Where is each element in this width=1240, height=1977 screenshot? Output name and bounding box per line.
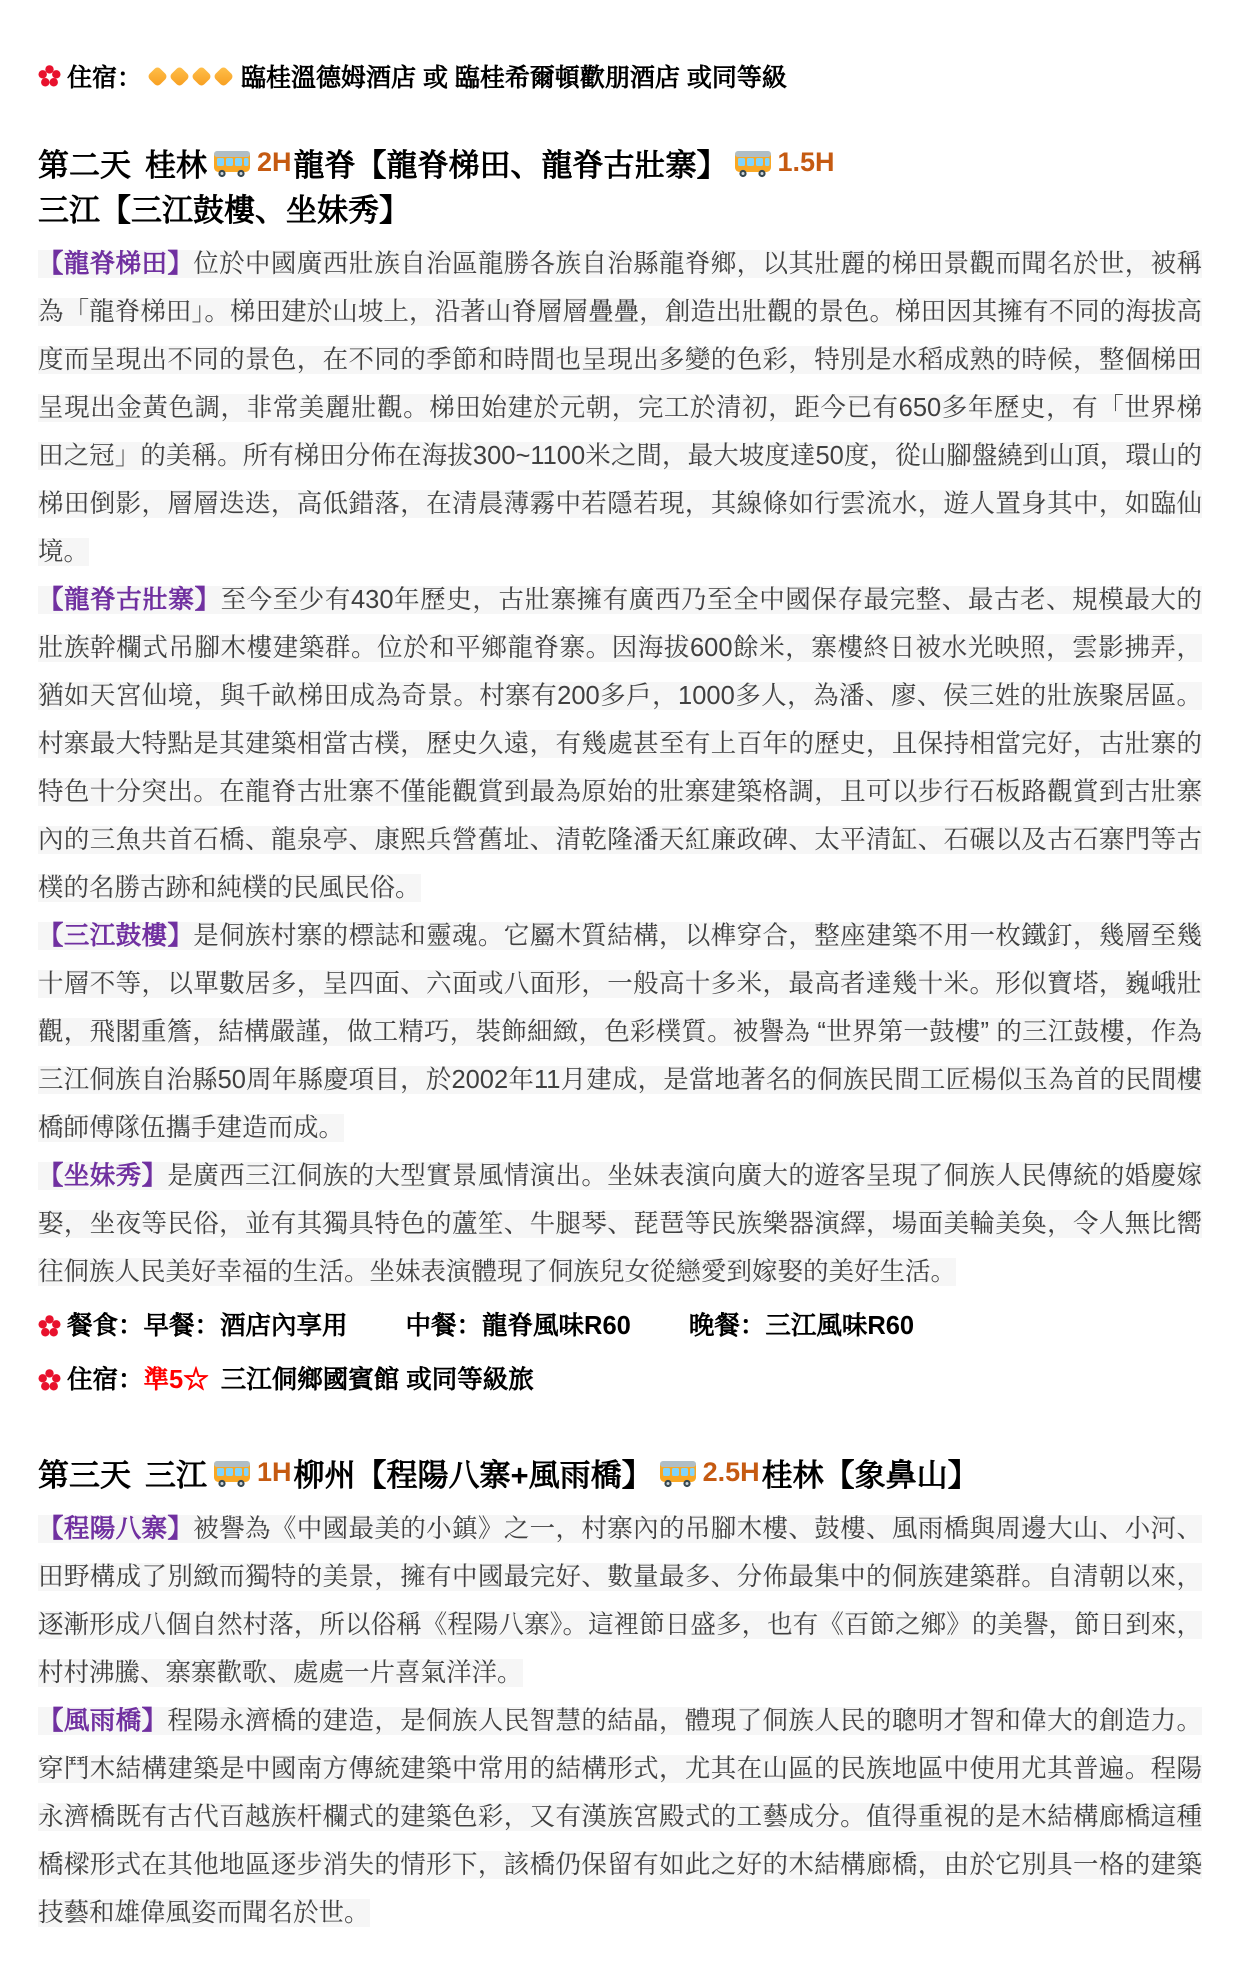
- section-text: 位於中國廣西壯族自治區龍勝各族自治縣龍脊鄉，以其壯麗的梯田景觀而聞名於世，被稱為…: [38, 250, 1202, 566]
- day2-meals-line: 餐食：早餐：酒店內享用 中餐：龍脊風味R60 晚餐：三江風味R60: [38, 1302, 1202, 1350]
- day2-seg2-destination: 三江【三江鼓樓、坐妹秀】: [38, 185, 410, 230]
- bus-icon: [734, 148, 772, 178]
- top-lodging-line: 住宿： 臨桂溫德姆酒店 或 臨桂希爾頓歡朋酒店 或同等級: [38, 58, 1202, 94]
- itinerary-page: 住宿： 臨桂溫德姆酒店 或 臨桂希爾頓歡朋酒店 或同等級 第二天 桂林 2H 龍…: [0, 0, 1240, 1977]
- gem-icon: [169, 65, 190, 86]
- section-sanjiang-drum-tower: 【三江鼓樓】是侗族村寨的標誌和靈魂。它屬木質結構，以榫穿合，整座建築不用一枚鐵釘…: [38, 912, 1202, 1152]
- hotel-rating-gems: [150, 69, 231, 84]
- day3-seg2-destination: 桂林【象鼻山】: [762, 1450, 979, 1495]
- day3-heading: 第三天 三江 1H 柳州【程陽八寨+風雨橋】: [38, 1450, 1202, 1495]
- section-label: 【風雨橋】: [38, 1707, 167, 1735]
- gem-icon: [191, 65, 212, 86]
- day3-label: 第三天: [38, 1450, 131, 1495]
- section-text: 是廣西三江侗族的大型實景風情演出。坐妹表演向廣大的遊客呈現了侗族人民傳統的婚慶嫁…: [38, 1162, 1202, 1286]
- lodging-grade: 準5☆: [144, 1356, 209, 1404]
- section-chengyang-eight-villages: 【程陽八寨】被譽為《中國最美的小鎮》之一，村寨內的吊腳木樓、鼓樓、風雨橋與周邊大…: [38, 1505, 1202, 1697]
- bus-icon: [213, 1458, 251, 1488]
- day2-seg1-duration: 2H: [257, 147, 292, 178]
- section-wind-rain-bridge: 【風雨橋】程陽永濟橋的建造，是侗族人民智慧的結晶，體現了侗族人民的聰明才智和偉大…: [38, 1697, 1202, 1937]
- lodging-hotel: 三江侗鄉國賓館 或同等級旅: [221, 1356, 534, 1404]
- section-text: 程陽永濟橋的建造，是侗族人民智慧的結晶，體現了侗族人民的聰明才智和偉大的創造力。…: [38, 1707, 1202, 1927]
- day2-origin: 桂林: [145, 140, 207, 185]
- top-lodging-label: 住宿：: [67, 58, 142, 94]
- section-zuomei-show: 【坐妹秀】是廣西三江侗族的大型實景風情演出。坐妹表演向廣大的遊客呈現了侗族人民傳…: [38, 1152, 1202, 1296]
- section-longji-old-village: 【龍脊古壯寨】至今至少有430年歷史，古壯寨擁有廣西乃至全中國保存最完整、最古老…: [38, 576, 1202, 912]
- flower-icon: [38, 1315, 61, 1338]
- flower-icon: [38, 1369, 61, 1392]
- bus-icon: [659, 1458, 697, 1488]
- day3-origin: 三江: [145, 1450, 207, 1495]
- top-lodging-hotels: 臨桂溫德姆酒店 或 臨桂希爾頓歡朋酒店 或同等級: [241, 58, 787, 94]
- day2-seg1-destination: 龍脊【龍脊梯田、龍脊古壯寨】: [294, 140, 728, 185]
- section-label: 【龍脊古壯寨】: [38, 586, 221, 614]
- day2-heading: 第二天 桂林 2H 龍脊【龍脊梯田、龍脊古壯寨】: [38, 140, 1202, 230]
- meals-label-breakfast: 餐食：早餐：酒店內享用: [67, 1302, 348, 1350]
- meals-dinner: 晚餐：三江風味R60: [689, 1302, 914, 1350]
- gem-icon: [147, 65, 168, 86]
- section-label: 【龍脊梯田】: [38, 250, 193, 278]
- section-label: 【程陽八寨】: [38, 1515, 193, 1543]
- day3-seg1-destination: 柳州【程陽八寨+風雨橋】: [294, 1450, 653, 1495]
- section-text: 是侗族村寨的標誌和靈魂。它屬木質結構，以榫穿合，整座建築不用一枚鐵釘，幾層至幾十…: [38, 922, 1202, 1142]
- section-label: 【三江鼓樓】: [38, 922, 193, 950]
- day2-lodging-line: 住宿： 準5☆ 三江侗鄉國賓館 或同等級旅: [38, 1356, 1202, 1404]
- day3-sections: 【程陽八寨】被譽為《中國最美的小鎮》之一，村寨內的吊腳木樓、鼓樓、風雨橋與周邊大…: [38, 1505, 1202, 1937]
- day3-seg1-duration: 1H: [257, 1457, 292, 1488]
- flower-icon: [38, 65, 61, 88]
- bus-icon: [213, 148, 251, 178]
- section-text: 至今至少有430年歷史，古壯寨擁有廣西乃至全中國保存最完整、最古老、規模最大的壯…: [38, 586, 1202, 902]
- day2-label: 第二天: [38, 140, 131, 185]
- section-text: 被譽為《中國最美的小鎮》之一，村寨內的吊腳木樓、鼓樓、風雨橋與周邊大山、小河、田…: [38, 1515, 1202, 1687]
- section-label: 【坐妹秀】: [38, 1162, 167, 1190]
- lodging-label: 住宿：: [67, 1356, 144, 1404]
- meals-lunch: 中餐：龍脊風味R60: [406, 1302, 631, 1350]
- day2-seg2-duration: 1.5H: [778, 147, 835, 178]
- day3-seg2-duration: 2.5H: [703, 1457, 760, 1488]
- day2-sections: 【龍脊梯田】位於中國廣西壯族自治區龍勝各族自治縣龍脊鄉，以其壯麗的梯田景觀而聞名…: [38, 240, 1202, 1296]
- section-longji-terraces: 【龍脊梯田】位於中國廣西壯族自治區龍勝各族自治縣龍脊鄉，以其壯麗的梯田景觀而聞名…: [38, 240, 1202, 576]
- gem-icon: [213, 65, 234, 86]
